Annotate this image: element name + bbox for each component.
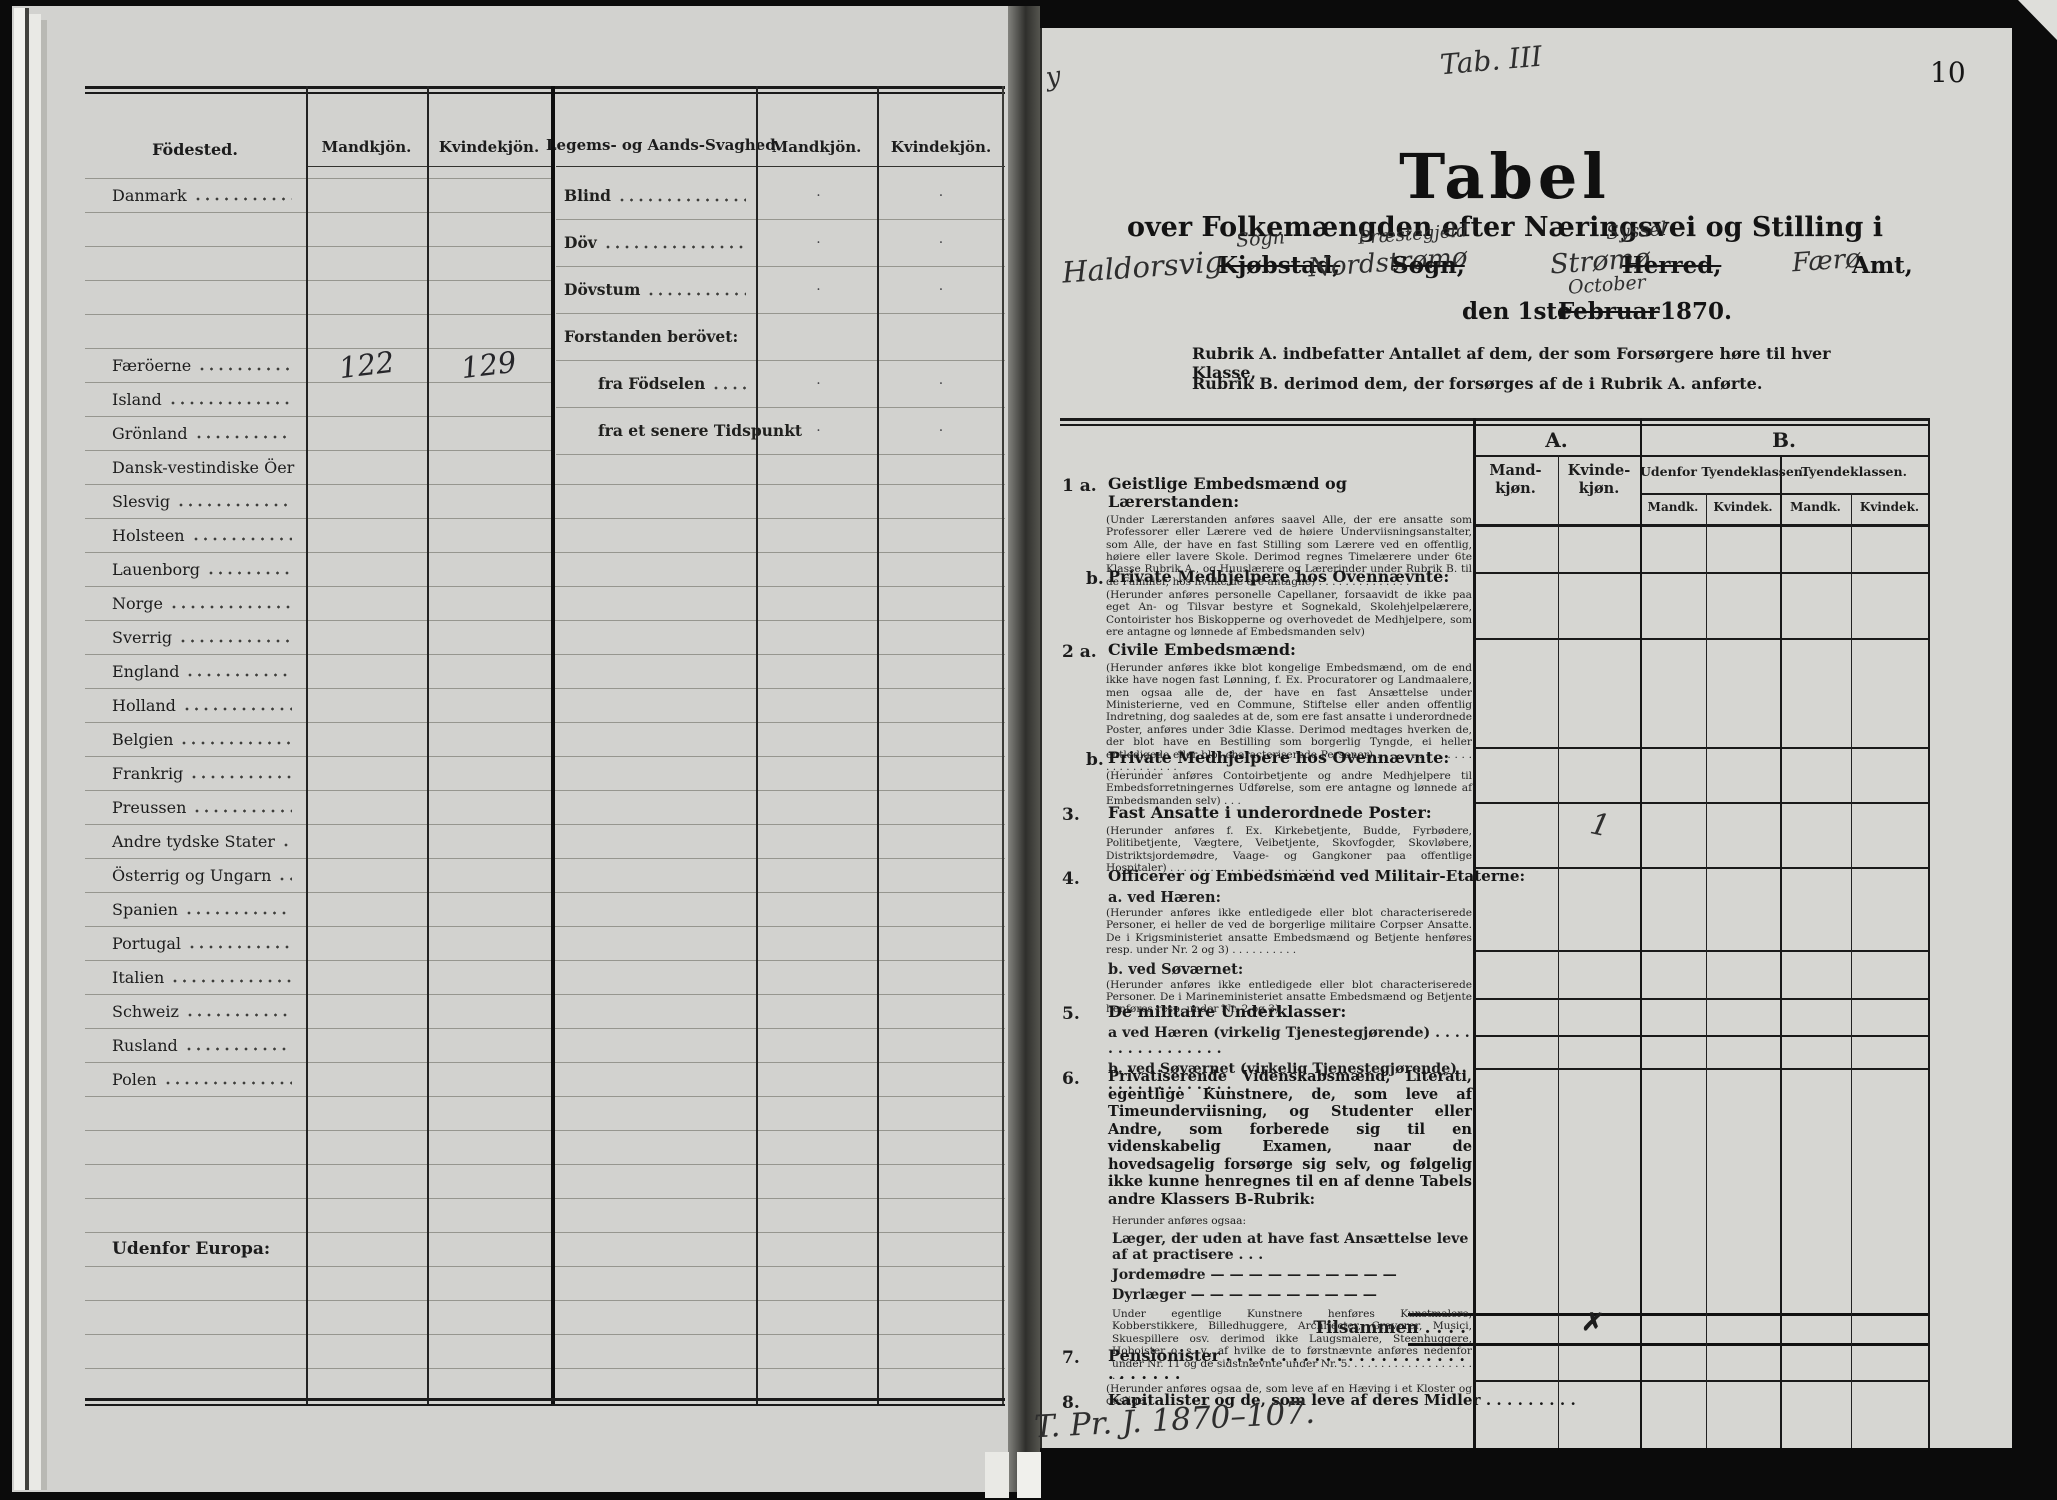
page-corner-tab <box>1017 1452 1041 1498</box>
dotted-leader <box>179 503 292 507</box>
birthplace-cell: Danmark <box>85 186 306 205</box>
female-mark-cell: · <box>877 282 1005 298</box>
row-rule <box>85 484 1005 485</box>
row-rule <box>85 892 1005 893</box>
dotted-leader <box>280 877 292 881</box>
grid-rule <box>1473 950 1928 952</box>
dotted-leader <box>714 386 746 390</box>
grid-line <box>1780 455 1782 1448</box>
table-row <box>85 1164 1005 1198</box>
dotted-leader <box>187 1047 292 1051</box>
birthplace-cell: Sverrig <box>85 628 306 647</box>
row-rule <box>85 994 1005 995</box>
printed-year: 1870. <box>1660 298 1732 325</box>
birthplace-label: Rusland <box>112 1036 178 1055</box>
row-number: 1 a. <box>1062 476 1097 496</box>
table-row: Udenfor Europa: <box>85 1232 1005 1266</box>
printed-sogn-struck: Sogn, <box>1392 252 1465 279</box>
female-mark-cell: · <box>877 235 1005 251</box>
birthplace-label: Holland <box>112 696 176 715</box>
birthplace-cell: Udenfor Europa: <box>85 1239 306 1259</box>
dotted-leader <box>606 245 746 249</box>
class-row-4: 4. Officerer og Embedsmænd ved Militair-… <box>1060 868 1472 1016</box>
row-rule <box>85 926 1005 927</box>
scanned-census-form: Födested. Mandkjön. Kvindekjön. Legems- … <box>0 0 2057 1500</box>
birthplace-label: Schweiz <box>112 1002 179 1021</box>
dotted-leader <box>284 843 292 847</box>
grid-divider <box>1473 418 1476 1448</box>
dotted-leader <box>200 367 292 371</box>
column-line <box>877 86 879 1404</box>
grid-rule <box>1473 802 1928 804</box>
handwritten-correction-syssel: Syssel <box>1605 218 1667 244</box>
row-heading: Privatiserende Videnskabsmænd, Literati,… <box>1108 1068 1472 1208</box>
row-subheading-b: b. ved Søværnet: <box>1108 961 1472 978</box>
male-mark-cell: · <box>760 235 877 251</box>
row-note: (Herunder anføres Contoirbetjente og and… <box>1106 770 1472 807</box>
dotted-leader <box>196 197 292 201</box>
row-rule <box>85 518 1005 519</box>
birthplace-cell: Belgien <box>85 730 306 749</box>
birthplace-cell: Rusland <box>85 1036 306 1055</box>
header-male-a: Mand-kjøn. <box>1478 462 1553 498</box>
row-number: 7. <box>1062 1348 1080 1368</box>
table-bottom-rule <box>85 1404 1005 1406</box>
row-rule <box>85 416 552 417</box>
female-mark-cell: · <box>877 188 1005 204</box>
birthplace-cell: Andre tydske Stater <box>85 832 306 851</box>
printed-month-struck: Februar <box>1558 298 1660 325</box>
birthplace-cell: Dansk-vestindiske Öer <box>85 458 306 477</box>
row-rule <box>85 586 1005 587</box>
row-rule <box>85 314 552 315</box>
row-number: 3. <box>1062 805 1080 825</box>
birthplace-label: Andre tydske Stater <box>112 832 275 851</box>
grid-rule <box>1473 1035 1928 1037</box>
dotted-leader <box>187 911 292 915</box>
class-row-2b: b. Private Medhjelpere hos Ovennævnte: (… <box>1060 749 1472 807</box>
column-line <box>756 86 758 1404</box>
female-dot-mark: · <box>939 188 943 204</box>
row-note-intro: Herunder anføres ogsaa: <box>1112 1215 1472 1227</box>
birthplace-label: Slesvig <box>112 492 170 511</box>
row-rule <box>85 1096 1005 1097</box>
birthplace-label: Island <box>112 390 162 409</box>
infirmity-row: Döv · · <box>556 219 1005 266</box>
table-row <box>85 1300 1005 1334</box>
table-row: Frankrig <box>85 756 1005 790</box>
female-dot-mark: · <box>939 235 943 251</box>
dotted-leader <box>195 809 292 813</box>
header-male-b2: Mandk. <box>1780 500 1851 514</box>
grid-line <box>1558 455 1559 1448</box>
birthplace-label: Udenfor Europa: <box>112 1239 270 1259</box>
birthplace-label: Frankrig <box>112 764 183 783</box>
table-row: Lauenborg <box>85 552 1005 586</box>
row-rule <box>85 280 552 281</box>
form-subtitle: over Folkemængden efter Næringsvei og St… <box>1040 212 1970 243</box>
dotted-leader <box>181 639 292 643</box>
row-rule <box>556 219 1005 220</box>
birthplace-cell: Österrig og Ungarn <box>85 866 306 885</box>
row-heading: Pensionister . . . . . . . . . . . . . .… <box>1108 1347 1472 1383</box>
male-mark-cell: · <box>760 282 877 298</box>
birthplace-cell: Preussen <box>85 798 306 817</box>
table-row: Polen <box>85 1062 1005 1096</box>
printed-amt: Amt, <box>1852 252 1913 279</box>
header-sub-rule <box>556 166 1005 167</box>
dotted-leader <box>649 292 746 296</box>
header-female-a: Kvinde-kjøn. <box>1560 462 1638 498</box>
tilsammen-label: Tilsammen . . . . <box>1060 1318 1466 1338</box>
female-dot-mark: · <box>939 282 943 298</box>
birthplace-label: Spanien <box>112 900 178 919</box>
table-top-rule <box>85 92 1005 94</box>
table-row: Slesvig <box>85 484 1005 518</box>
column-header-male: Mandkjön. <box>756 138 877 156</box>
infirmity-cell: Dövstum <box>556 280 760 299</box>
row-heading: Fast Ansatte i underordnede Poster: <box>1108 804 1472 822</box>
row-note: (Herunder anføres ikke entledigede eller… <box>1106 907 1472 957</box>
female-mark-cell: · <box>877 376 1005 392</box>
grid-line <box>1706 493 1707 1448</box>
grid-rule <box>1473 638 1928 640</box>
infirmity-row: Blind · · <box>556 172 1005 219</box>
female-count-cell: 129 <box>427 348 551 382</box>
birthplace-cell: England <box>85 662 306 681</box>
infirmity-rows: Blind · · Döv · <box>556 172 1005 455</box>
grid-rule <box>1473 1068 1928 1070</box>
birthplace-cell: Portugal <box>85 934 306 953</box>
dotted-leader <box>190 945 292 949</box>
infirmity-label: Blind <box>564 186 611 205</box>
infirmity-cell: Forstanden berövet: <box>556 327 760 346</box>
row-number: b. <box>1086 569 1104 589</box>
row-line-veterinarians: Dyrlæger — — — — — — — — — — <box>1112 1287 1472 1303</box>
row-heading: Private Medhjelpere hos Ovennævnte: <box>1108 749 1472 767</box>
infirmity-cell: fra et senere Tidspunkt <box>556 421 760 440</box>
row-heading: Civile Embedsmænd: <box>1108 641 1472 659</box>
grid-rule <box>1473 572 1928 574</box>
row-rule <box>85 620 1005 621</box>
infirmity-row: fra et senere Tidspunkt · · <box>556 407 1005 454</box>
handwritten-tilsammen-mark: ✗ <box>1580 1307 1606 1340</box>
male-dot-mark: · <box>816 188 820 204</box>
infirmity-cell: Döv <box>556 233 760 252</box>
table-top-rule <box>1060 418 1928 421</box>
row-rule <box>85 654 1005 655</box>
row-rule <box>85 790 1005 791</box>
birthplace-label: England <box>112 662 179 681</box>
dotted-leader <box>188 1013 292 1017</box>
table-row <box>85 1334 1005 1368</box>
table-right-edge <box>1002 86 1004 1404</box>
birthplace-cell: Holsteen <box>85 526 306 545</box>
dotted-leader <box>185 707 292 711</box>
birthplace-label: Polen <box>112 1070 157 1089</box>
row-line-midwives: Jordemødre — — — — — — — — — — <box>1112 1267 1472 1283</box>
grid-rule <box>1473 1380 1928 1382</box>
row-rule <box>85 1266 1005 1267</box>
male-dot-mark: · <box>816 282 820 298</box>
row-rule <box>85 1198 1005 1199</box>
row-rule <box>556 407 1005 408</box>
infirmity-row: Forstanden berövet: <box>556 313 1005 360</box>
male-count-cell: 122 <box>306 348 427 382</box>
grid-rule <box>1473 747 1928 749</box>
row-heading: De militaire Underklasser: <box>1108 1003 1472 1021</box>
table-row <box>85 1368 1005 1402</box>
header-outside-servant-class: Udenfor Tyendeklassen. <box>1640 464 1780 479</box>
table-row <box>85 1198 1005 1232</box>
table-row: Portugal <box>85 926 1005 960</box>
table-row: Belgien <box>85 722 1005 756</box>
grid-rule <box>1473 998 1928 1000</box>
infirmity-cell: Blind <box>556 186 760 205</box>
infirmity-label: Döv <box>564 233 597 252</box>
table-row: Sverrig <box>85 620 1005 654</box>
column-line <box>306 86 308 1404</box>
dotted-leader <box>620 198 746 202</box>
table-row: Andre tydske Stater <box>85 824 1005 858</box>
table-row: Schweiz <box>85 994 1005 1028</box>
header-rubrik-b: B. <box>1640 428 1928 452</box>
male-count-handwritten: 122 <box>337 345 396 385</box>
birthplace-cell: Færöerne <box>85 356 306 375</box>
section-divider-line <box>551 86 555 1404</box>
dotted-leader <box>194 537 292 541</box>
class-row-1b: b. Private Medhjelpere hos Ovennævnte: (… <box>1060 568 1472 638</box>
table-row: Rusland <box>85 1028 1005 1062</box>
female-count-handwritten: 129 <box>459 345 518 385</box>
birthplace-label: Lauenborg <box>112 560 200 579</box>
grid-line-ab <box>1640 418 1642 1448</box>
row-heading: Geistlige Embedsmænd og Lærerstanden: <box>1108 475 1472 511</box>
birthplace-label: Portugal <box>112 934 181 953</box>
row-rule <box>556 266 1005 267</box>
birthplace-cell: Norge <box>85 594 306 613</box>
row-rule <box>85 960 1005 961</box>
birthplace-label: Dansk-vestindiske Öer <box>112 458 294 477</box>
male-dot-mark: · <box>816 423 820 439</box>
page-number: 10 <box>1930 56 1966 89</box>
printed-date-prefix: den 1ste <box>1462 298 1572 325</box>
row-rule <box>556 313 1005 314</box>
male-mark-cell: · <box>760 423 877 439</box>
birthplace-cell: Frankrig <box>85 764 306 783</box>
infirmity-row: Dövstum · · <box>556 266 1005 313</box>
header-male-b1: Mandk. <box>1640 500 1706 514</box>
male-dot-mark: · <box>816 235 820 251</box>
female-mark-cell: · <box>877 423 1005 439</box>
birthplace-label: Sverrig <box>112 628 172 647</box>
page-edge-strip <box>41 20 47 1490</box>
column-header-infirmity: Legems- og Aands-Svaghed. <box>546 136 766 154</box>
infirmity-row: fra Födselen · · <box>556 360 1005 407</box>
table-row: Italien <box>85 960 1005 994</box>
grid-rule <box>1473 867 1928 869</box>
page-corner-tab <box>985 1452 1009 1498</box>
row-rule <box>556 360 1005 361</box>
female-dot-mark: · <box>939 423 943 439</box>
male-dot-mark: · <box>816 376 820 392</box>
row-rule <box>85 1368 1005 1369</box>
birthplace-cell: Italien <box>85 968 306 987</box>
column-header-female: Kvindekjön. <box>877 138 1005 156</box>
row-rule <box>85 1334 1005 1335</box>
dotted-leader <box>188 673 292 677</box>
birthplace-cell: Island <box>85 390 306 409</box>
table-row <box>85 1130 1005 1164</box>
grid-line <box>1851 493 1852 1448</box>
birthplace-cell: Schweiz <box>85 1002 306 1021</box>
row-rule <box>85 1130 1005 1131</box>
row-rule <box>85 1028 1005 1029</box>
book-gutter <box>1008 6 1040 1492</box>
row-rule <box>85 688 1005 689</box>
row-number: 2 a. <box>1062 642 1097 662</box>
row-rule <box>85 178 552 179</box>
header-servant-class: Tyendeklassen. <box>1780 464 1928 479</box>
birthplace-label: Færöerne <box>112 356 191 375</box>
row-heading: Private Medhjelpere hos Ovennævnte: <box>1108 568 1472 586</box>
table-row: Spanien <box>85 892 1005 926</box>
column-header-female: Kvindekjön. <box>427 138 551 156</box>
row-rule <box>85 1164 1005 1165</box>
birthplace-label: Danmark <box>112 186 187 205</box>
row-line-army: a ved Hæren (virkelig Tjenestegjørende) … <box>1108 1025 1472 1057</box>
column-line <box>427 86 429 1404</box>
table-row <box>85 1096 1005 1130</box>
row-rule <box>85 1062 1005 1063</box>
dotted-leader <box>197 435 292 439</box>
birthplace-cell: Polen <box>85 1070 306 1089</box>
infirmity-label: Forstanden berövet: <box>564 327 738 346</box>
birthplace-cell: Spanien <box>85 900 306 919</box>
header-rule <box>1473 455 1928 457</box>
birthplace-cell: Slesvig <box>85 492 306 511</box>
table-top-rule <box>85 86 1005 89</box>
row-rule <box>85 722 1005 723</box>
table-row: Österrig og Ungarn <box>85 858 1005 892</box>
row-rule <box>85 756 1005 757</box>
row-number: 5. <box>1062 1004 1080 1024</box>
row-heading: Officerer og Embedsmænd ved Militair-Eta… <box>1108 868 1472 885</box>
row-rule <box>85 212 552 213</box>
birthplace-label: Grönland <box>112 424 188 443</box>
infirmity-label: fra Födselen <box>598 374 705 393</box>
dotted-leader <box>182 741 292 745</box>
row-line-doctors: Læger, der uden at have fast Ansættelse … <box>1112 1231 1472 1263</box>
male-mark-cell: · <box>760 188 877 204</box>
row-rule <box>85 246 552 247</box>
table-right-edge <box>1928 418 1930 1448</box>
header-female-b2: Kvindek. <box>1851 500 1928 514</box>
birthplace-label: Norge <box>112 594 163 613</box>
row-rule <box>85 450 552 451</box>
birthplace-label: Preussen <box>112 798 186 817</box>
row-rule <box>85 824 1005 825</box>
birthplace-cell: Grönland <box>85 424 306 443</box>
tilsammen-rule <box>1408 1313 1928 1316</box>
column-header-birthplace: Födested. <box>100 140 290 159</box>
birthplace-label: Österrig og Ungarn <box>112 866 271 885</box>
row-rule <box>85 858 1005 859</box>
table-row <box>85 1266 1005 1300</box>
tilsammen-rule <box>1408 1343 1928 1346</box>
dotted-leader <box>172 605 292 609</box>
dotted-leader <box>171 401 292 405</box>
table-row: Preussen <box>85 790 1005 824</box>
header-female-b1: Kvindek. <box>1706 500 1780 514</box>
page-corner <box>2018 0 2057 40</box>
column-header-male: Mandkjön. <box>306 138 427 156</box>
row-subheading-a: a. ved Hæren: <box>1108 889 1472 906</box>
table-row: Holland <box>85 688 1005 722</box>
class-row-3: 3. Fast Ansatte i underordnede Poster: (… <box>1060 804 1472 874</box>
table-top-rule <box>1060 424 1928 426</box>
header-bottom-rule <box>1473 524 1928 527</box>
male-mark-cell: · <box>760 376 877 392</box>
dotted-leader <box>166 1081 292 1085</box>
table-row: England <box>85 654 1005 688</box>
table-row: Norge <box>85 586 1005 620</box>
row-number: b. <box>1086 750 1104 770</box>
infirmity-cell: fra Födselen <box>556 374 760 393</box>
row-number: 4. <box>1062 869 1080 889</box>
birthplace-label: Belgien <box>112 730 173 749</box>
dotted-leader <box>192 775 292 779</box>
infirmity-label: Dövstum <box>564 280 640 299</box>
page-edge-strip <box>14 8 25 1490</box>
page-edge-strip <box>29 14 41 1490</box>
birthplace-cell: Lauenborg <box>85 560 306 579</box>
table-row: Holsteen <box>85 518 1005 552</box>
row-rule <box>85 1232 1005 1233</box>
header-rule <box>1640 493 1928 495</box>
rubrik-b-note: Rubrik B. derimod dem, der forsørges af … <box>1192 374 1892 393</box>
row-note: (Herunder anføres personelle Capellaner,… <box>1106 589 1472 639</box>
table-bottom-rule <box>85 1398 1005 1401</box>
dotted-leader <box>173 979 292 983</box>
header-sub-rule <box>306 166 551 167</box>
dotted-leader <box>209 571 292 575</box>
row-rule <box>85 382 552 383</box>
handwritten-correction-sogn: Sogn <box>1235 226 1285 251</box>
table-row: Dansk-vestindiske Öer <box>85 450 1005 484</box>
row-rule <box>85 1300 1005 1301</box>
birthplace-cell: Holland <box>85 696 306 715</box>
birthplace-label: Holsteen <box>112 526 185 545</box>
header-rubrik-a: A. <box>1473 428 1640 452</box>
row-rule <box>85 552 1005 553</box>
birthplace-label: Italien <box>112 968 164 987</box>
form-title: Tabel <box>1040 140 1970 213</box>
row-number: 6. <box>1062 1069 1080 1089</box>
female-dot-mark: · <box>939 376 943 392</box>
